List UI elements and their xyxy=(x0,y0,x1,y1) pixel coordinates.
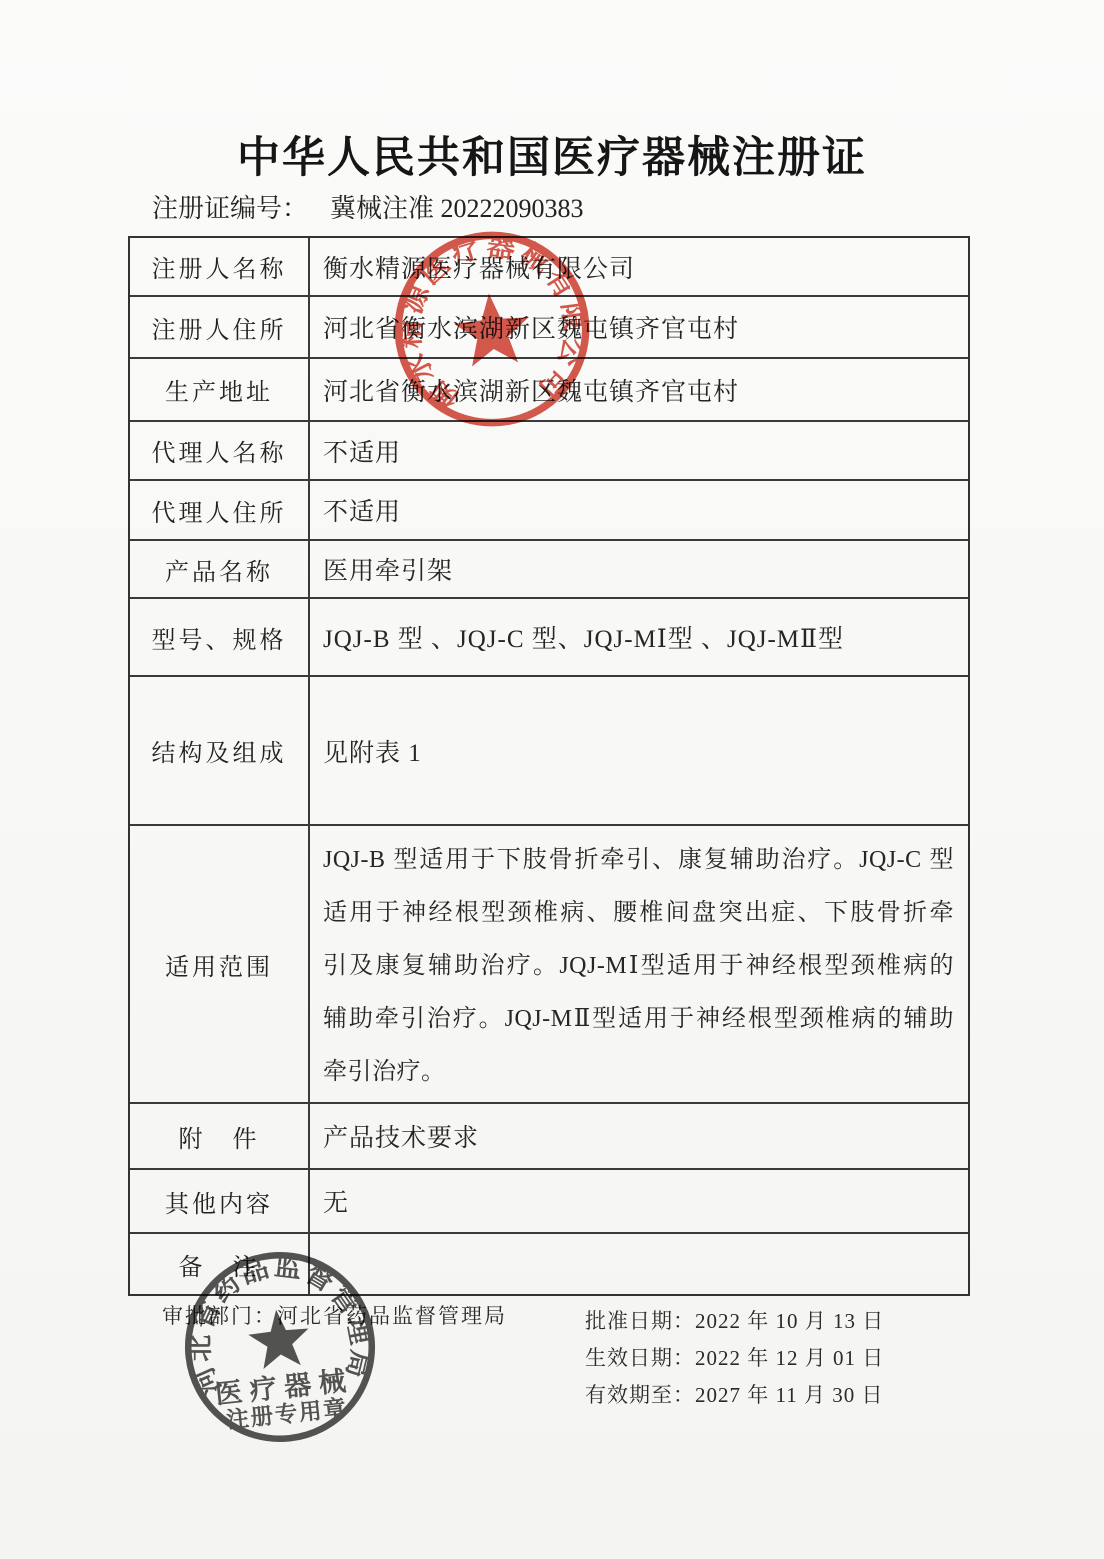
table-row: 备 注 xyxy=(130,1232,968,1294)
row-value: 见附表 1 xyxy=(310,677,968,824)
date-label: 有效期至： xyxy=(585,1383,695,1407)
row-value: 不适用 xyxy=(310,422,968,479)
row-value: 河北省衡水滨湖新区魏屯镇齐官屯村 xyxy=(310,359,968,420)
date-label: 批准日期： xyxy=(585,1309,695,1333)
dates-block: 批准日期：2022 年 10 月 13 日 生效日期：2022 年 12 月 0… xyxy=(585,1303,884,1414)
table-row: 注册人住所 河北省衡水滨湖新区魏屯镇齐官屯村 xyxy=(130,295,968,357)
date-row-expiry: 有效期至：2027 年 11 月 30 日 xyxy=(585,1377,884,1414)
table-row: 注册人名称 衡水精源医疗器械有限公司 xyxy=(130,238,968,295)
scope-line: 辅助牵引治疗。JQJ-MⅡ型适用于神经根型颈椎病的辅助 xyxy=(323,993,954,1046)
registration-seal-line1: 医疗器械 xyxy=(214,1365,355,1409)
row-label: 产品名称 xyxy=(130,541,310,597)
row-value: 衡水精源医疗器械有限公司 xyxy=(310,238,968,295)
cert-number-value: 冀械注准 20222090383 xyxy=(330,194,584,223)
row-label: 备 注 xyxy=(130,1234,310,1294)
table-row: 产品名称 医用牵引架 xyxy=(130,539,968,597)
registration-seal-line2: 注册专用章 xyxy=(225,1394,349,1433)
table-row: 生产地址 河北省衡水滨湖新区魏屯镇齐官屯村 xyxy=(130,357,968,420)
scope-line: JQJ-B 型适用于下肢骨折牵引、康复辅助治疗。JQJ-C 型 xyxy=(323,834,954,887)
scope-line: 引及康复辅助治疗。JQJ-MⅠ型适用于神经根型颈椎病的 xyxy=(323,940,954,993)
row-label: 注册人名称 xyxy=(130,238,310,295)
page-title: 中华人民共和国医疗器械注册证 xyxy=(0,124,1104,185)
table-row: 代理人住所 不适用 xyxy=(130,479,968,539)
row-label: 其他内容 xyxy=(130,1170,310,1232)
table-row: 适用范围 JQJ-B 型适用于下肢骨折牵引、康复辅助治疗。JQJ-C 型 适用于… xyxy=(130,824,968,1102)
table-row: 附 件 产品技术要求 xyxy=(130,1102,968,1168)
row-label: 型号、规格 xyxy=(130,599,310,675)
row-value: 无 xyxy=(310,1170,968,1232)
row-value: JQJ-B 型 、JQJ-C 型、JQJ-MⅠ型 、JQJ-MⅡ型 xyxy=(310,599,968,675)
date-value: 2027 年 11 月 30 日 xyxy=(695,1383,883,1407)
date-value: 2022 年 12 月 01 日 xyxy=(695,1346,884,1370)
table-row: 其他内容 无 xyxy=(130,1168,968,1232)
date-row-effective: 生效日期：2022 年 12 月 01 日 xyxy=(585,1340,884,1377)
row-label: 生产地址 xyxy=(130,359,310,420)
table-row: 型号、规格 JQJ-B 型 、JQJ-C 型、JQJ-MⅠ型 、JQJ-MⅡ型 xyxy=(130,597,968,675)
row-label: 代理人住所 xyxy=(130,481,310,539)
row-value: 医用牵引架 xyxy=(310,541,968,597)
row-value xyxy=(310,1234,968,1294)
table-row: 代理人名称 不适用 xyxy=(130,420,968,479)
row-label: 注册人住所 xyxy=(130,297,310,357)
row-value-scope: JQJ-B 型适用于下肢骨折牵引、康复辅助治疗。JQJ-C 型 适用于神经根型颈… xyxy=(310,826,968,1102)
row-label: 代理人名称 xyxy=(130,422,310,479)
certificate-page: 中华人民共和国医疗器械注册证 注册证编号：冀械注准 20222090383 注册… xyxy=(0,0,1104,1559)
row-label: 适用范围 xyxy=(130,826,310,1102)
row-value: 不适用 xyxy=(310,481,968,539)
row-label: 附 件 xyxy=(130,1104,310,1168)
row-label: 结构及组成 xyxy=(130,677,310,824)
table-row: 结构及组成 见附表 1 xyxy=(130,675,968,824)
approval-dept: 审批部门：河北省药品监督管理局 xyxy=(162,1300,507,1330)
cert-number-label: 注册证编号： xyxy=(152,194,308,223)
date-label: 生效日期： xyxy=(585,1346,695,1370)
row-value: 产品技术要求 xyxy=(310,1104,968,1168)
row-value: 河北省衡水滨湖新区魏屯镇齐官屯村 xyxy=(310,297,968,357)
date-value: 2022 年 10 月 13 日 xyxy=(695,1309,884,1333)
registration-table: 注册人名称 衡水精源医疗器械有限公司 注册人住所 河北省衡水滨湖新区魏屯镇齐官屯… xyxy=(128,236,970,1296)
scope-line: 牵引治疗。 xyxy=(323,1046,954,1099)
date-row-approval: 批准日期：2022 年 10 月 13 日 xyxy=(585,1303,884,1340)
scope-line: 适用于神经根型颈椎病、腰椎间盘突出症、下肢骨折牵 xyxy=(323,887,954,940)
cert-number-line: 注册证编号：冀械注准 20222090383 xyxy=(152,188,584,225)
